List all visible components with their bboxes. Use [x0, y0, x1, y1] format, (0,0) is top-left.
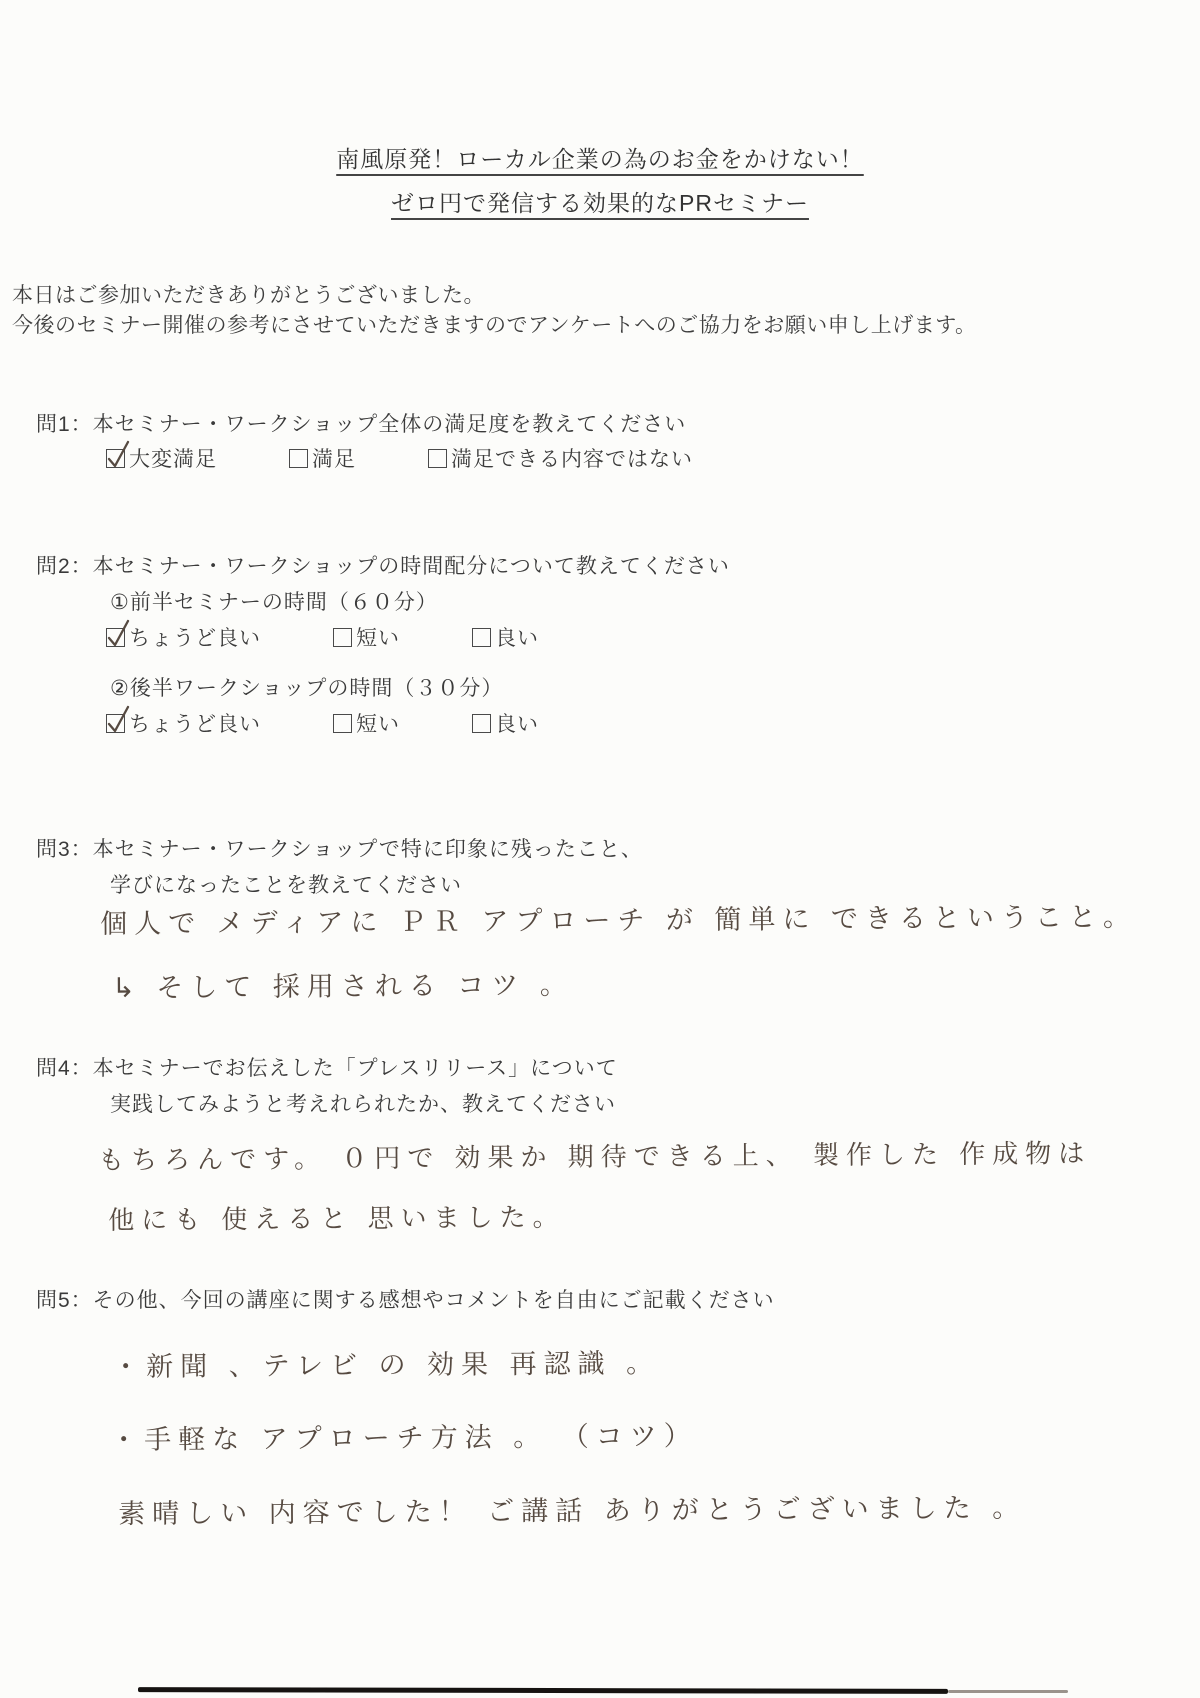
option-label: ちょうど良い — [129, 622, 261, 652]
checked-checkbox-icon[interactable] — [106, 449, 125, 468]
q2-sub2-options: ちょうど良い短い良い — [106, 708, 539, 738]
option-label: 良い — [495, 622, 539, 652]
q2-sub2-label: ②後半ワークショップの時間（３０分） — [110, 672, 503, 702]
option-label: 良い — [495, 708, 539, 738]
q4-handwritten-answer-line2: 他にも 使えると 思いました。 — [108, 1197, 566, 1237]
checkbox-option[interactable]: 良い — [472, 708, 539, 738]
q1-options: 大変満足満足満足できる内容ではない — [106, 443, 693, 473]
checkbox-option[interactable]: 短い — [333, 708, 400, 738]
q5-handwritten-answer-line1: ・新聞 、テレビ の 効果 再認識 。 — [112, 1341, 660, 1384]
q2-sub1-label: ①前半セミナーの時間（６０分） — [110, 586, 438, 616]
checked-checkbox-icon[interactable] — [106, 714, 125, 733]
option-label: 短い — [356, 622, 400, 652]
q1-label: 問1：本セミナー・ワークショップ全体の満足度を教えてください — [36, 408, 686, 438]
empty-checkbox-icon[interactable] — [472, 714, 491, 733]
scan-edge-artifact-faint — [948, 1690, 1068, 1693]
q5-label: 問5：その他、今回の講座に関する感想やコメントを自由にご記載ください — [36, 1284, 775, 1314]
option-label: 満足できる内容ではない — [451, 443, 693, 473]
q2-label: 問2：本セミナー・ワークショップの時間配分について教えてください — [36, 550, 730, 580]
option-label: 大変満足 — [129, 443, 217, 473]
q4-handwritten-answer-line1: もちろんです。 ０円で 効果か 期待できる上、 製作した 作成物は — [98, 1133, 1091, 1177]
q4-label-line1: 問4：本セミナーでお伝えした「プレスリリース」について — [36, 1052, 618, 1082]
option-label: 短い — [356, 708, 400, 738]
empty-checkbox-icon[interactable] — [289, 449, 308, 468]
handwritten-check-icon — [104, 437, 132, 469]
checkbox-option[interactable]: 短い — [333, 622, 400, 652]
q4-label-line2: 実践してみようと考えれられたか、教えてください — [110, 1088, 616, 1118]
checkbox-option[interactable]: 満足できる内容ではない — [428, 443, 693, 473]
intro-line2: 今後のセミナー開催の参考にさせていただきますのでアンケートへのご協力をお願い申し… — [12, 309, 977, 339]
checkbox-option[interactable]: ちょうど良い — [106, 622, 261, 652]
empty-checkbox-icon[interactable] — [428, 449, 447, 468]
q5-handwritten-answer-line2: ・手軽な アプローチ方法 。 （コツ） — [110, 1414, 698, 1457]
option-label: 満足 — [312, 443, 356, 473]
checkbox-option[interactable]: ちょうど良い — [106, 708, 261, 738]
checked-checkbox-icon[interactable] — [106, 628, 125, 647]
q3-handwritten-answer-line2: ↳ そして 採用される コツ 。 — [112, 963, 574, 1005]
form-title-line2: ゼロ円で発信する効果的なPRセミナー — [0, 185, 1200, 218]
empty-checkbox-icon[interactable] — [472, 628, 491, 647]
handwritten-check-icon — [104, 702, 132, 734]
checkbox-option[interactable]: 満足 — [289, 443, 356, 473]
intro-line1: 本日はご参加いただきありがとうございました。 — [12, 279, 485, 309]
empty-checkbox-icon[interactable] — [333, 628, 352, 647]
q2-sub1-options: ちょうど良い短い良い — [106, 622, 539, 652]
checkbox-option[interactable]: 良い — [472, 622, 539, 652]
q5-handwritten-answer-line3: 素晴しい 内容でした！ ご講話 ありがとうございました 。 — [118, 1486, 1026, 1531]
q3-handwritten-answer-line1: 個人で メディアに ＰＲ アプローチ が 簡単に できるということ。 — [100, 895, 1137, 941]
checkbox-option[interactable]: 大変満足 — [106, 443, 217, 473]
scan-edge-artifact — [138, 1687, 948, 1694]
q3-label-line1: 問3：本セミナー・ワークショップで特に印象に残ったこと、 — [36, 833, 643, 863]
empty-checkbox-icon[interactable] — [333, 714, 352, 733]
handwritten-check-icon — [104, 616, 132, 648]
q3-label-line2: 学びになったことを教えてください — [110, 869, 462, 899]
option-label: ちょうど良い — [129, 708, 261, 738]
form-title-line1: 南風原発！ローカル企業の為のお金をかけない！ — [0, 141, 1200, 174]
